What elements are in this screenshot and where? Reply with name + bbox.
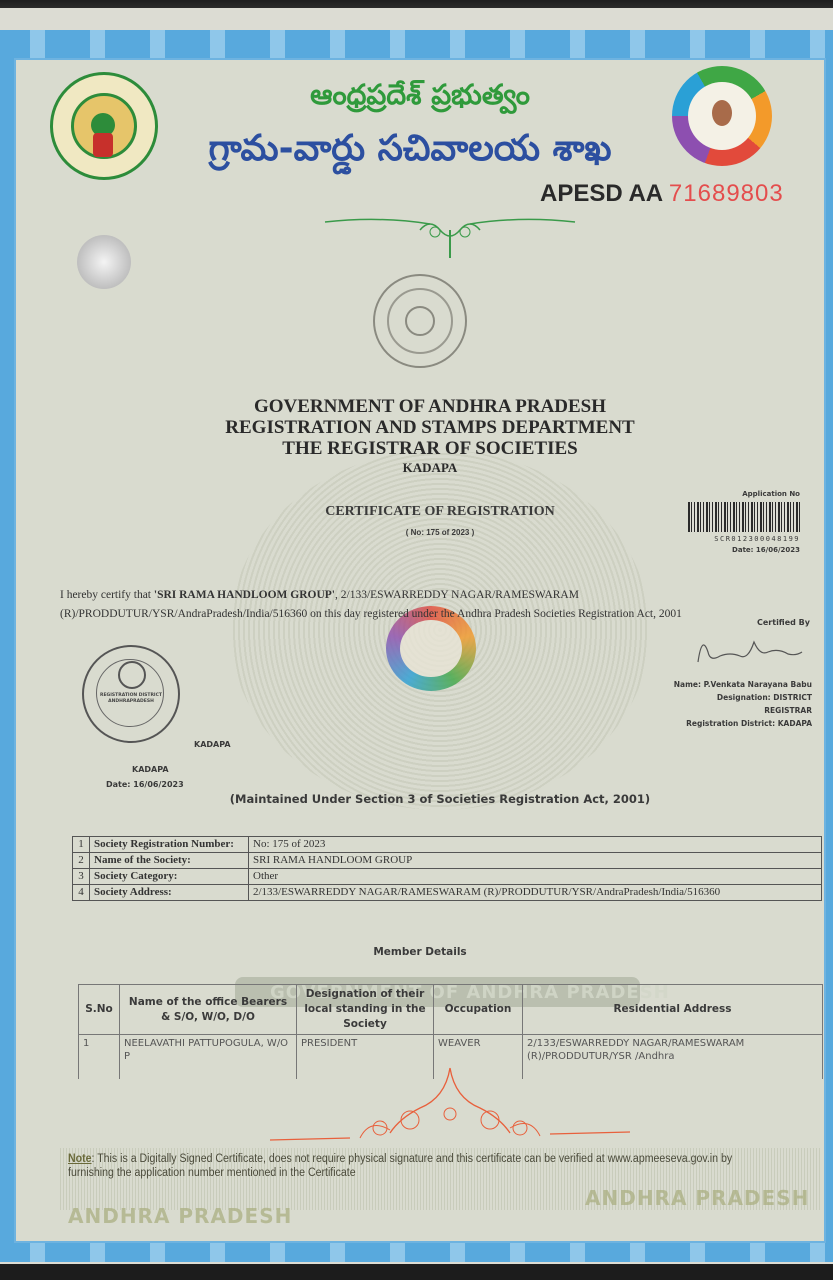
watermark-right: ANDHRA PRADESH: [585, 1186, 809, 1210]
certificate-number: ( No: 175 of 2023 ): [360, 528, 520, 537]
registrar-name: Name: P.Venkata Narayana Babu: [630, 678, 812, 691]
registrar-seal-icon: REGISTRATION DISTRICTANDHRAPRADESH: [82, 645, 180, 743]
telugu-government-title: ఆంధ్రప్రదేశ్ ప్రభుత్వం: [180, 78, 660, 118]
registration-district: Registration District: KADAPA: [630, 717, 812, 730]
certificate-serial: APESD AA 71689803: [540, 180, 784, 208]
registrar-designation: Designation: DISTRICT: [630, 691, 812, 704]
table-row: 1Society Registration Number:No: 175 of …: [73, 837, 822, 853]
signature-icon: [690, 632, 810, 672]
registrar-details: Name: P.Venkata Narayana Babu Designatio…: [630, 678, 812, 730]
application-date: Date: 16/06/2023: [690, 546, 800, 554]
note-label: Note: [68, 1153, 92, 1165]
society-details-table: 1Society Registration Number:No: 175 of …: [72, 836, 822, 901]
seal-date: Date: 16/06/2023: [106, 780, 184, 789]
certified-by-label: Certified By: [700, 618, 810, 627]
column-header: Occupation: [434, 985, 523, 1035]
telugu-department-title: గ్రామ-వార్డు సచివాలయ శాఖ: [150, 128, 670, 178]
ornament-top-icon: [320, 210, 580, 260]
digital-signature-note: Note: This is a Digitally Signed Certifi…: [68, 1152, 758, 1180]
hologram-icon: [77, 235, 131, 289]
seal-place-2: KADAPA: [132, 765, 169, 774]
barcode-icon: [688, 502, 800, 532]
table-row: 2Name of the Society:SRI RAMA HANDLOOM G…: [73, 853, 822, 869]
column-header: Name of the office Bearers & S/O, W/O, D…: [120, 985, 297, 1035]
photo-background-bottom: [0, 1264, 833, 1280]
registrar-line: THE REGISTRAR OF SOCIETIES: [190, 438, 670, 459]
ap-state-emblem-icon: [50, 72, 158, 180]
note-text: : This is a Digitally Signed Certificate…: [68, 1153, 732, 1179]
watermark-left: ANDHRA PRADESH: [68, 1204, 292, 1228]
ornament-bottom-icon: [270, 1058, 630, 1148]
registrar-designation-2: REGISTRAR: [630, 704, 812, 717]
serial-prefix: APESD AA: [540, 180, 662, 207]
gov-line: GOVERNMENT OF ANDHRA PRADESH: [190, 396, 670, 417]
dept-line: REGISTRATION AND STAMPS DEPARTMENT: [190, 417, 670, 438]
district-line: KADAPA: [190, 459, 670, 477]
center-emblem-seal-icon: [373, 274, 467, 368]
seal-place: KADAPA: [194, 740, 231, 749]
application-number: SCR012300048199: [658, 535, 800, 543]
serial-number: 71689803: [669, 180, 784, 207]
table-row: 3Society Category:Other: [73, 869, 822, 885]
member-details-heading: Member Details: [330, 946, 510, 958]
society-name-inline: 'SRI RAMA HANDLOOM GROUP': [154, 589, 335, 601]
certificate-title: CERTIFICATE OF REGISTRATION: [300, 504, 580, 520]
column-header: S.No: [79, 985, 120, 1035]
maintained-under-note: (Maintained Under Section 3 of Societies…: [200, 792, 680, 806]
application-number-label: Application No: [690, 490, 800, 498]
table-row: 4Society Address:2/133/ESWARREDDY NAGAR/…: [73, 885, 822, 901]
department-heading: GOVERNMENT OF ANDHRA PRADESH REGISTRATIO…: [190, 396, 670, 477]
column-header: Designation of their local standing in t…: [297, 985, 434, 1035]
navaratnalu-logo-icon: [672, 66, 772, 166]
column-header: Residential Address: [523, 985, 823, 1035]
